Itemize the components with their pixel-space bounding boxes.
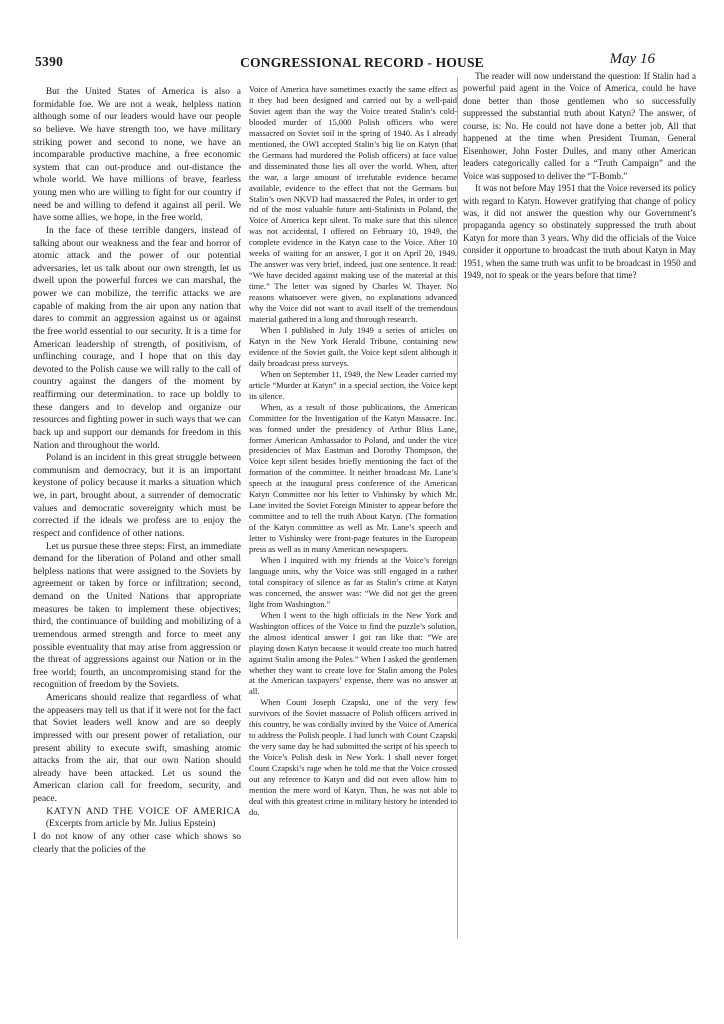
paragraph: When I went to the high officials in the… [249, 611, 457, 699]
paragraph: It was not before May 1951 that the Voic… [463, 182, 696, 282]
page-date: May 16 [610, 51, 655, 68]
paragraph: Voice of America have sometimes exactly … [249, 85, 457, 326]
paragraph: But the United States of America is also… [33, 86, 241, 225]
paragraph: Let us pursue these three steps: First, … [33, 541, 241, 693]
congressional-record-page: 5390 CONGRESSIONAL RECORD - HOUSE May 16… [0, 0, 724, 1024]
paragraph: When I published in July 1949 a series o… [249, 326, 457, 370]
paragraph: The reader will now understand the quest… [463, 70, 696, 182]
paragraph: Poland is an incident in this great stru… [33, 452, 241, 540]
column-right: The reader will now understand the quest… [463, 70, 696, 282]
section-intro-paragraph: I do not know of any other case which sh… [33, 831, 241, 856]
paragraph: When on September 11, 1949, the New Lead… [249, 370, 457, 403]
paragraph: In the face of these terrible dangers, i… [33, 225, 241, 452]
paragraph: When, as a result of those publications,… [249, 403, 457, 556]
section-heading: KATYN AND THE VOICE OF AMERICA [33, 806, 241, 819]
section-subheading: (Excerpts from article by Mr. Julius Eps… [33, 818, 241, 831]
paragraph: When I inquired with my friends at the V… [249, 556, 457, 611]
paragraph: When Count Joseph Czapski, one of the ve… [249, 698, 457, 818]
column-left: But the United States of America is also… [33, 86, 241, 856]
column-divider [457, 77, 458, 939]
column-middle: Voice of America have sometimes exactly … [249, 85, 457, 819]
paragraph: Americans should realize that regardless… [33, 692, 241, 806]
